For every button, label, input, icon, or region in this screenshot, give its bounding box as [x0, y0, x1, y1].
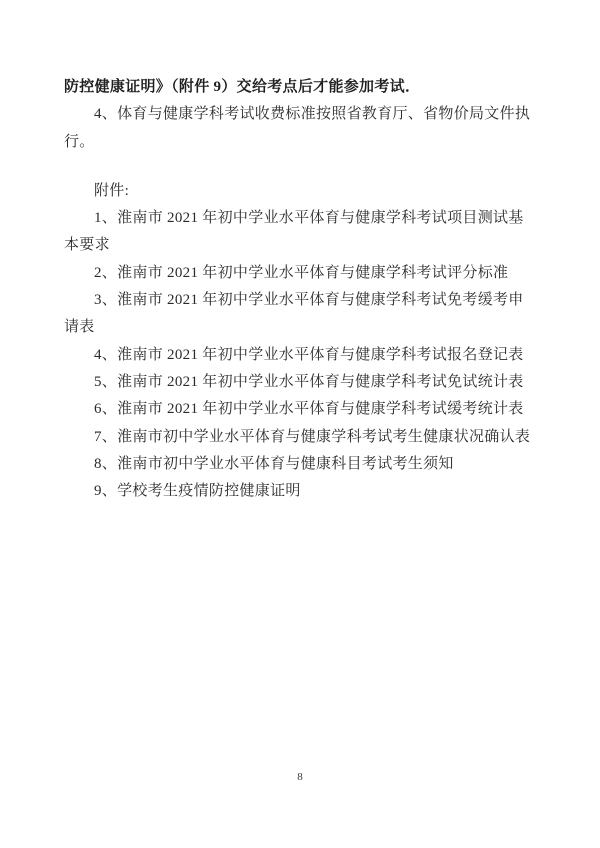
attachment-item-7-line-1: 7、淮南市初中学业水平体育与健康学科考试考生健康状况确认表	[64, 424, 536, 451]
attachment-item-5-line-1: 5、淮南市 2021 年初中学业水平体育与健康学科考试免试统计表	[64, 369, 536, 396]
attachment-item-3-line-1: 3、淮南市 2021 年初中学业水平体育与健康学科考试免考缓考申	[64, 287, 536, 314]
attachment-item-8: 8、淮南市初中学业水平体育与健康科目考试考生须知	[64, 451, 536, 478]
page-number: 8	[0, 771, 600, 783]
attachment-item-1-line-2: 本要求	[64, 232, 536, 259]
document-page: 防控健康证明》（附件 9）交给考点后才能参加考试． 4、体育与健康学科考试收费标…	[0, 0, 600, 848]
attachment-item-3: 3、淮南市 2021 年初中学业水平体育与健康学科考试免考缓考申 请表	[64, 287, 536, 342]
attachment-item-2-line-1: 2、淮南市 2021 年初中学业水平体育与健康学科考试评分标准	[64, 260, 536, 287]
attachment-item-6-line-1: 6、淮南市 2021 年初中学业水平体育与健康学科考试缓考统计表	[64, 396, 536, 423]
attachment-item-5: 5、淮南市 2021 年初中学业水平体育与健康学科考试免试统计表	[64, 369, 536, 396]
attachment-item-9: 9、学校考生疫情防控健康证明	[64, 478, 536, 505]
attachment-item-7: 7、淮南市初中学业水平体育与健康学科考试考生健康状况确认表	[64, 424, 536, 451]
paragraph-fee-line-2: 行。	[64, 129, 536, 156]
paragraph-fee-line-1: 4、体育与健康学科考试收费标准按照省教育厅、省物价局文件执	[64, 101, 536, 128]
attachment-item-1-line-1: 1、淮南市 2021 年初中学业水平体育与健康学科考试项目测试基	[64, 205, 536, 232]
attachment-item-9-line-1: 9、学校考生疫情防控健康证明	[64, 478, 536, 505]
attachment-item-4-line-1: 4、淮南市 2021 年初中学业水平体育与健康学科考试报名登记表	[64, 342, 536, 369]
attachment-item-1: 1、淮南市 2021 年初中学业水平体育与健康学科考试项目测试基 本要求	[64, 205, 536, 260]
attachment-item-4: 4、淮南市 2021 年初中学业水平体育与健康学科考试报名登记表	[64, 342, 536, 369]
attachment-item-6: 6、淮南市 2021 年初中学业水平体育与健康学科考试缓考统计表	[64, 396, 536, 423]
attachment-item-2: 2、淮南市 2021 年初中学业水平体育与健康学科考试评分标准	[64, 260, 536, 287]
paragraph-covid-cert-continuation: 防控健康证明》（附件 9）交给考点后才能参加考试．	[64, 74, 536, 101]
attachment-item-3-line-2: 请表	[64, 314, 536, 341]
attachment-item-8-line-1: 8、淮南市初中学业水平体育与健康科目考试考生须知	[64, 451, 536, 478]
attachments-label: 附件:	[64, 178, 536, 205]
document-body: 防控健康证明》（附件 9）交给考点后才能参加考试． 4、体育与健康学科考试收费标…	[64, 74, 536, 505]
